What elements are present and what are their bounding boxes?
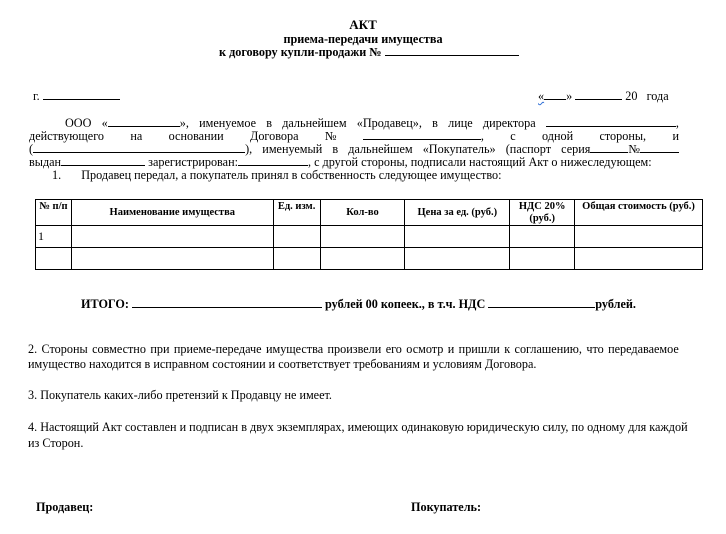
intro-text: лице [448, 116, 473, 130]
intro-text: одной [542, 129, 573, 143]
header-name: Наименование имущества [71, 200, 273, 226]
cell-name[interactable] [71, 226, 273, 248]
intro-text: и [672, 129, 679, 143]
intro-text: дальнейшем [282, 116, 346, 130]
date-day-blank[interactable] [544, 89, 566, 100]
document-title: АКТ [0, 18, 726, 32]
total-line: ИТОГО: рублей 00 копеек., в т.ч. НДС руб… [81, 297, 636, 311]
intro-text: (паспорт [506, 142, 551, 156]
cell-unit-price[interactable] [405, 226, 510, 248]
intro-text: стороны, [599, 129, 646, 143]
clause-2-text: имущества [266, 342, 323, 356]
table-row: 1 [36, 226, 703, 248]
header-vat: НДС 20% (руб.) [510, 200, 575, 226]
clause-1-text: Продавец передал, а покупатель принял в … [81, 168, 501, 182]
director-name-blank[interactable] [546, 116, 676, 127]
cell-unit[interactable] [273, 248, 320, 270]
cell-number[interactable]: 1 [36, 226, 72, 248]
issued-label: выдан [29, 155, 61, 169]
clause-4-line-1: 4. Настоящий Акт составлен и подписан в … [28, 420, 688, 434]
issued-by-blank[interactable] [61, 155, 145, 166]
header-total-cost: Общая стоимость (руб.) [575, 200, 703, 226]
registered-blank[interactable] [238, 155, 308, 166]
contract-number-blank[interactable] [385, 45, 519, 56]
intro-line-4: выдан зарегистрирован:, с другой стороны… [29, 155, 652, 169]
intro-text: основании [169, 129, 224, 143]
passport-number-blank[interactable] [640, 142, 679, 153]
intro-line-2: действующего на основании Договора № , с… [29, 129, 679, 143]
intro-line-1: ООО «», именуемое в дальнейшем «Продавец… [65, 116, 679, 130]
total-vat-blank[interactable] [488, 297, 595, 308]
seller-name-blank[interactable] [108, 116, 180, 127]
clause-2-text: осмотр [406, 342, 443, 356]
clause-3: 3. Покупатель каких-либо претензий к Про… [28, 388, 332, 402]
clause-1-number: 1. [52, 168, 61, 182]
buyer-name-blank[interactable] [33, 142, 245, 153]
intro-text: дальнейшем [348, 142, 412, 156]
seller-name-field: «», [102, 116, 189, 130]
date-month-blank[interactable] [575, 89, 622, 100]
intro-text: именуемый [262, 142, 322, 156]
cell-total-cost[interactable] [575, 226, 703, 248]
city-prefix: г. [33, 89, 40, 103]
clause-2-text: к [504, 342, 510, 356]
cell-unit-price[interactable] [405, 248, 510, 270]
clause-2-text: произвели [328, 342, 382, 356]
clause-2-text: 2. [28, 342, 37, 356]
passport-series-blank[interactable] [590, 142, 628, 153]
clause-2-line-1: 2. Стороны совместно при приеме-передаче… [28, 342, 679, 356]
clause-2-text: пришли [459, 342, 500, 356]
intro-text: именуемое [199, 116, 256, 130]
intro-text: «Покупатель» [423, 142, 496, 156]
intro-text: в [332, 142, 338, 156]
intro-text: на [130, 129, 142, 143]
clause-2-text: совместно [92, 342, 146, 356]
cell-quantity[interactable] [320, 226, 405, 248]
table-header-row: № п/п Наименование имущества Ед. изм. Ко… [36, 200, 703, 226]
clause-4-line-2: из Сторон. [28, 436, 83, 450]
intro-text: в [266, 116, 272, 130]
total-label: ИТОГО: [81, 297, 129, 311]
clause-2-text: и [448, 342, 455, 356]
total-middle-text: рублей 00 копеек., в т.ч. НДС [325, 297, 485, 311]
clause-1: 1. Продавец передал, а покупатель принял… [52, 168, 501, 182]
date-close-quote: » [566, 89, 572, 103]
director-name-field: , [546, 116, 679, 130]
clause-2-text: при [150, 342, 169, 356]
city-line: г. [33, 89, 120, 103]
intro-closing-text: , с другой стороны, подписали настоящий … [308, 155, 652, 169]
buyer-signature-label: Покупатель: [411, 500, 481, 514]
intro-text: ООО [65, 116, 91, 130]
contract-reference: к договору купли-продажи № [219, 45, 519, 59]
date-year-suffix: года [647, 89, 669, 103]
seller-signature-label: Продавец: [36, 500, 93, 514]
cell-number[interactable] [36, 248, 72, 270]
clause-2-line-2: имущество находится в исправном состояни… [28, 357, 536, 371]
clause-2-text: что [586, 342, 603, 356]
buyer-name-field: (), [29, 142, 252, 156]
clause-2-text: приеме-передаче [174, 342, 262, 356]
cell-vat[interactable] [510, 248, 575, 270]
contract-reference-label: к договору купли-продажи № [219, 45, 382, 59]
city-blank[interactable] [43, 89, 120, 100]
intro-text: с [510, 129, 515, 143]
cell-vat[interactable] [510, 226, 575, 248]
clause-2-text: Стороны [42, 342, 88, 356]
clause-2-text: соглашению, [515, 342, 582, 356]
clause-2-text: передаваемое [608, 342, 679, 356]
header-unit-price: Цена за ед. (руб.) [405, 200, 510, 226]
total-amount-blank[interactable] [132, 297, 322, 308]
property-table: № п/п Наименование имущества Ед. изм. Ко… [35, 199, 703, 270]
intro-text: № [325, 129, 337, 143]
header-unit: Ед. изм. [273, 200, 320, 226]
cell-total-cost[interactable] [575, 248, 703, 270]
contract-basis-field: , [363, 129, 484, 143]
intro-text: директора [483, 116, 536, 130]
intro-text: в [432, 116, 438, 130]
table-row [36, 248, 703, 270]
intro-line-3: (), именуемый в дальнейшем «Покупатель» … [29, 142, 679, 156]
document-subtitle: приема-передачи имущества [0, 32, 726, 46]
intro-text: Договора [250, 129, 298, 143]
total-end-text: рублей. [595, 297, 636, 311]
intro-text: «Продавец», [357, 116, 422, 130]
intro-text: действующего [29, 129, 104, 143]
cell-name[interactable] [71, 248, 273, 270]
date-line: «» 20 года [538, 89, 669, 103]
cell-quantity[interactable] [320, 248, 405, 270]
clause-2-text: его [386, 342, 402, 356]
header-quantity: Кол-во [320, 200, 405, 226]
cell-unit[interactable] [273, 226, 320, 248]
passport-series-field: серия№ [561, 142, 679, 156]
registered-label: зарегистрирован: [148, 155, 238, 169]
contract-basis-blank[interactable] [363, 129, 481, 140]
header-number: № п/п [36, 200, 72, 226]
date-year-prefix: 20 [625, 89, 637, 103]
